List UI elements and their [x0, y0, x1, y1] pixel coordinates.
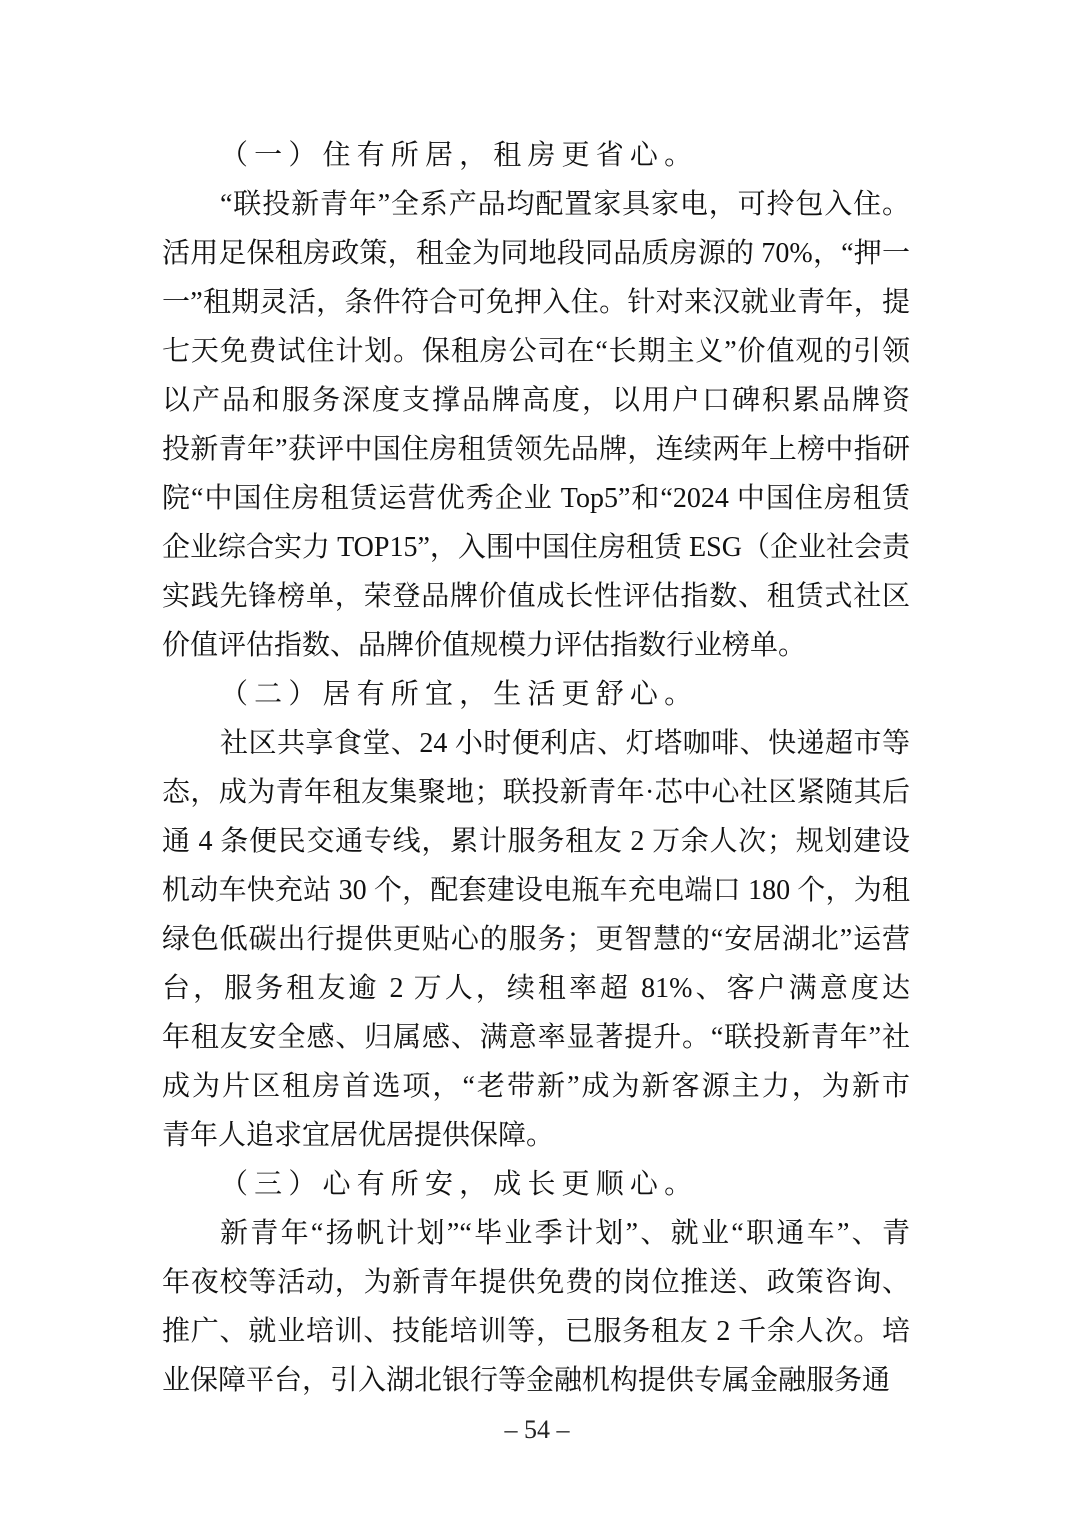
- body-line: 实践先锋榜单，荣登品牌价值成长性评估指数、租赁式社区品牌: [162, 572, 910, 621]
- section-3-heading: （三）心有所安，成长更顺心。: [162, 1160, 910, 1209]
- body-line: 七天免费试住计划。保租房公司在“长期主义”价值观的引领下，: [162, 327, 910, 376]
- body-line: 年租友安全感、归属感、满意率显著提升。“联投新青年”社区: [162, 1013, 910, 1062]
- section-2-heading: （二）居有所宜，生活更舒心。: [162, 670, 910, 719]
- section-1-heading: （一）住有所居，租房更省心。: [162, 131, 910, 180]
- body-line: 投新青年”获评中国住房租赁领先品牌，连续两年上榜中指研究: [162, 425, 910, 474]
- body-line: 社区共享食堂、24 小时便利店、灯塔咖啡、快递超市等业: [162, 719, 910, 768]
- page-footer: – 54 –: [0, 1405, 1074, 1454]
- body-line: 以产品和服务深度支撑品牌高度，以用户口碑积累品牌资产，“联: [162, 376, 910, 425]
- page-number: – 54 –: [505, 1415, 570, 1444]
- body-line: “联投新青年”全系产品均配置家具家电，可拎包入住。用: [162, 180, 910, 229]
- body-line: 成为片区租房首选项，“老带新”成为新客源主力，为新市民、: [162, 1062, 910, 1111]
- body-line: 价值评估指数、品牌价值规模力评估指数行业榜单。: [162, 621, 910, 670]
- body-line: 推广、就业培训、技能培训等，已服务租友 2 千余人次。培育创: [162, 1307, 910, 1356]
- body-line: 通 4 条便民交通专线，累计服务租友 2 万余人次；规划建设大型: [162, 817, 910, 866]
- document-body: （一）住有所居，租房更省心。 “联投新青年”全系产品均配置家具家电，可拎包入住。…: [162, 131, 910, 1405]
- body-line: 台，服务租友逾 2 万人，续租率超 81%、客户满意度达 98%，青: [162, 964, 910, 1013]
- document-page: （一）住有所居，租房更省心。 “联投新青年”全系产品均配置家具家电，可拎包入住。…: [0, 0, 1074, 1520]
- body-line: 业保障平台，引入湖北银行等金融机构提供专属金融服务通道。: [162, 1356, 910, 1405]
- body-line: 态，成为青年租友集聚地；联投新青年·芯中心社区紧随其后开: [162, 768, 910, 817]
- body-line: 一”租期灵活，条件符合可免押入住。针对来汉就业青年，提供: [162, 278, 910, 327]
- body-line: 绿色低碳出行提供更贴心的服务；更智慧的“安居湖北”运营平: [162, 915, 910, 964]
- body-line: 机动车快充站 30 个，配套建设电瓶车充电端口 180 个，为租友: [162, 866, 910, 915]
- body-line: 年夜校等活动，为新青年提供免费的岗位推送、政策咨询、宣传: [162, 1258, 910, 1307]
- body-line: 院“中国住房租赁运营优秀企业 Top5”和“2024 中国住房租赁: [162, 474, 910, 523]
- body-line: 青年人追求宜居优居提供保障。: [162, 1111, 910, 1160]
- body-line: 活用足保租房政策，租金为同地段同品质房源的 70%，“押一付: [162, 229, 910, 278]
- body-line: 新青年“扬帆计划”“毕业季计划”、就业“职通车”、青: [162, 1209, 910, 1258]
- body-line: 企业综合实力 TOP15”，入围中国住房租赁 ESG（企业社会责任）: [162, 523, 910, 572]
